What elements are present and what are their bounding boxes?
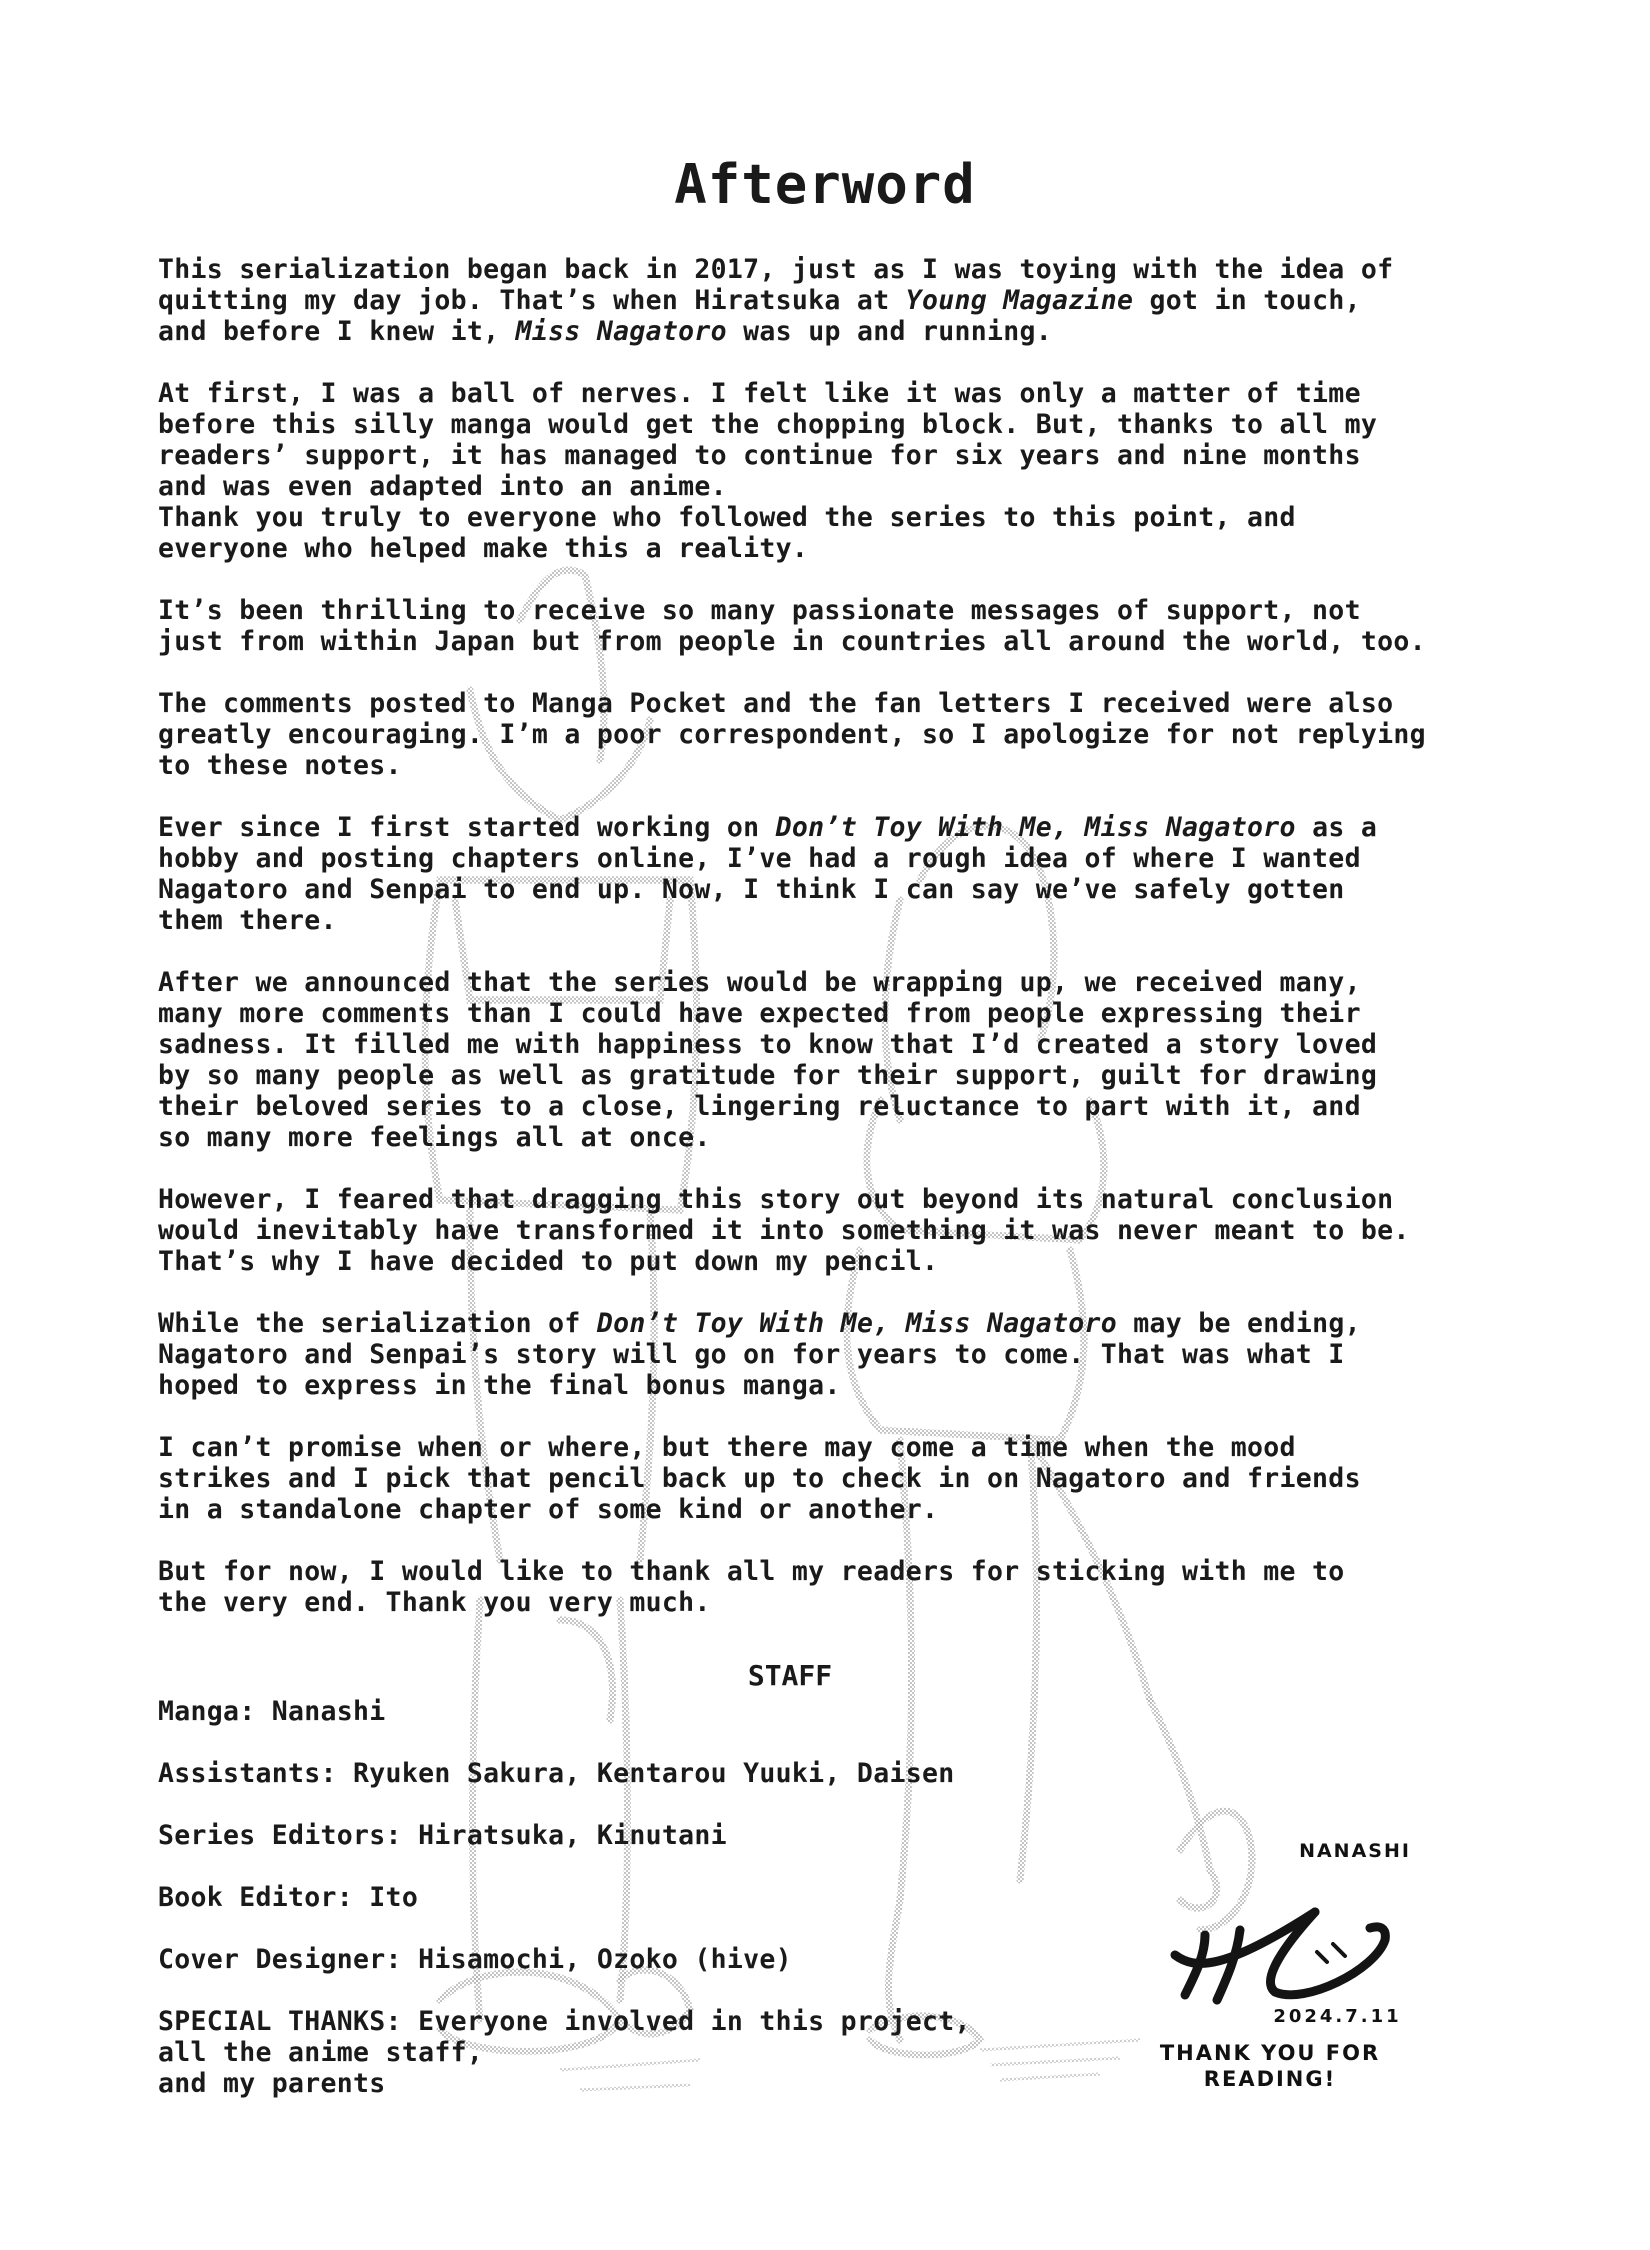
paragraph: After we announced that the series would… bbox=[158, 967, 1458, 1153]
staff-credit: Manga: Nanashi bbox=[158, 1696, 971, 1727]
text-run: got in touch, bbox=[1133, 285, 1361, 316]
text-run: After we announced that the series would… bbox=[158, 967, 1361, 998]
text-line: their beloved series to a close, lingeri… bbox=[158, 1091, 1458, 1122]
staff-credit-line: Book Editor: Ito bbox=[158, 1882, 971, 1913]
paragraph: The comments posted to Manga Pocket and … bbox=[158, 688, 1458, 781]
staff-credit-line: Cover Designer: Hisamochi, Ozoko (hive) bbox=[158, 1944, 971, 1975]
thank-you-line: READING! bbox=[1140, 2066, 1400, 2092]
text-line: so many more feelings all at once. bbox=[158, 1122, 1458, 1153]
text-run: The comments posted to Manga Pocket and … bbox=[158, 688, 1393, 719]
paragraph: While the serialization of Don’t Toy Wit… bbox=[158, 1308, 1458, 1401]
staff-credit-line: Manga: Nanashi bbox=[158, 1696, 971, 1727]
text-run: the very end. Thank you very much. bbox=[158, 1587, 711, 1618]
text-line: before this silly manga would get the ch… bbox=[158, 409, 1458, 440]
text-line: readers’ support, it has managed to cont… bbox=[158, 440, 1458, 471]
text-line: the very end. Thank you very much. bbox=[158, 1587, 1458, 1618]
text-line: Nagatoro and Senpai’s story will go on f… bbox=[158, 1339, 1458, 1370]
text-line: After we announced that the series would… bbox=[158, 967, 1458, 998]
staff-credit-line: Assistants: Ryuken Sakura, Kentarou Yuuk… bbox=[158, 1758, 971, 1789]
paragraph: However, I feared that dragging this sto… bbox=[158, 1184, 1458, 1277]
text-line: them there. bbox=[158, 905, 1458, 936]
text-run: readers’ support, it has managed to cont… bbox=[158, 440, 1361, 471]
text-run: But for now, I would like to thank all m… bbox=[158, 1556, 1345, 1587]
text-run: them there. bbox=[158, 905, 337, 936]
text-run: Nagatoro and Senpai to end up. Now, I th… bbox=[158, 874, 1345, 905]
text-line: However, I feared that dragging this sto… bbox=[158, 1184, 1458, 1215]
staff-credit-line: SPECIAL THANKS: Everyone involved in thi… bbox=[158, 2006, 971, 2037]
text-run: Ever since I first started working on bbox=[158, 812, 776, 843]
staff-credit-line: and my parents bbox=[158, 2068, 971, 2099]
text-run: I can’t promise when or where, but there… bbox=[158, 1432, 1296, 1463]
text-run: to these notes. bbox=[158, 750, 402, 781]
staff-credit: Assistants: Ryuken Sakura, Kentarou Yuuk… bbox=[158, 1758, 971, 1789]
text-run: so many more feelings all at once. bbox=[158, 1122, 711, 1153]
text-run: While the serialization of bbox=[158, 1308, 597, 1339]
text-line: strikes and I pick that pencil back up t… bbox=[158, 1463, 1458, 1494]
text-line: would inevitably have transformed it int… bbox=[158, 1215, 1458, 1246]
text-run: may be ending, bbox=[1117, 1308, 1361, 1339]
afterword-page: Afterword This serialization began back … bbox=[0, 0, 1650, 2250]
text-line: hoped to express in the final bonus mang… bbox=[158, 1370, 1458, 1401]
text-line: I can’t promise when or where, but there… bbox=[158, 1432, 1458, 1463]
italic-title: Young Magazine bbox=[906, 285, 1134, 316]
text-line: The comments posted to Manga Pocket and … bbox=[158, 688, 1458, 719]
italic-title: Don’t Toy With Me, Miss Nagatoro bbox=[776, 812, 1296, 843]
signature-date: 2024.7.11 bbox=[1265, 2006, 1410, 2027]
paragraph: At first, I was a ball of nerves. I felt… bbox=[158, 378, 1458, 564]
text-line: But for now, I would like to thank all m… bbox=[158, 1556, 1458, 1587]
text-run: just from within Japan but from people i… bbox=[158, 626, 1426, 657]
text-run: At first, I was a ball of nerves. I felt… bbox=[158, 378, 1361, 409]
staff-credits: Manga: NanashiAssistants: Ryuken Sakura,… bbox=[158, 1696, 971, 2130]
paragraph: This serialization began back in 2017, j… bbox=[158, 254, 1458, 347]
text-line: Ever since I first started working on Do… bbox=[158, 812, 1458, 843]
italic-title: Don’t Toy With Me, Miss Nagatoro bbox=[597, 1308, 1117, 1339]
staff-credit: SPECIAL THANKS: Everyone involved in thi… bbox=[158, 2006, 971, 2099]
paragraph: But for now, I would like to thank all m… bbox=[158, 1556, 1458, 1618]
text-line: in a standalone chapter of some kind or … bbox=[158, 1494, 1458, 1525]
text-line: just from within Japan but from people i… bbox=[158, 626, 1458, 657]
text-line: sadness. It filled me with happiness to … bbox=[158, 1029, 1458, 1060]
text-run: would inevitably have transformed it int… bbox=[158, 1215, 1410, 1246]
text-line: At first, I was a ball of nerves. I felt… bbox=[158, 378, 1458, 409]
text-run: their beloved series to a close, lingeri… bbox=[158, 1091, 1361, 1122]
italic-title: Miss Nagatoro bbox=[516, 316, 727, 347]
text-line: and was even adapted into an anime. bbox=[158, 471, 1458, 502]
text-run: It’s been thrilling to receive so many p… bbox=[158, 595, 1361, 626]
text-run: quitting my day job. That’s when Hiratsu… bbox=[158, 285, 906, 316]
text-line: everyone who helped make this a reality. bbox=[158, 533, 1458, 564]
thank-you-line: THANK YOU FOR bbox=[1140, 2040, 1400, 2066]
signature-icon bbox=[1165, 1900, 1405, 2010]
text-line: It’s been thrilling to receive so many p… bbox=[158, 595, 1458, 626]
text-run: hoped to express in the final bonus mang… bbox=[158, 1370, 841, 1401]
text-line: While the serialization of Don’t Toy Wit… bbox=[158, 1308, 1458, 1339]
text-line: greatly encouraging. I’m a poor correspo… bbox=[158, 719, 1458, 750]
text-run: This serialization began back in 2017, j… bbox=[158, 254, 1393, 285]
text-run: strikes and I pick that pencil back up t… bbox=[158, 1463, 1361, 1494]
text-line: and before I knew it, Miss Nagatoro was … bbox=[158, 316, 1458, 347]
thank-you-note: THANK YOU FORREADING! bbox=[1140, 2040, 1400, 2092]
text-run: Nagatoro and Senpai’s story will go on f… bbox=[158, 1339, 1345, 1370]
staff-credit: Book Editor: Ito bbox=[158, 1882, 971, 1913]
text-run: hobby and posting chapters online, I’ve … bbox=[158, 843, 1361, 874]
text-line: This serialization began back in 2017, j… bbox=[158, 254, 1458, 285]
staff-credit-line: Series Editors: Hiratsuka, Kinutani bbox=[158, 1820, 971, 1851]
text-run: However, I feared that dragging this sto… bbox=[158, 1184, 1393, 1215]
text-run: sadness. It filled me with happiness to … bbox=[158, 1029, 1377, 1060]
staff-credit-line: all the anime staff, bbox=[158, 2037, 971, 2068]
staff-credit: Series Editors: Hiratsuka, Kinutani bbox=[158, 1820, 971, 1851]
staff-credit: Cover Designer: Hisamochi, Ozoko (hive) bbox=[158, 1944, 971, 1975]
text-run: by so many people as well as gratitude f… bbox=[158, 1060, 1377, 1091]
text-run: That’s why I have decided to put down my… bbox=[158, 1246, 938, 1277]
text-run: before this silly manga would get the ch… bbox=[158, 409, 1377, 440]
text-run: was up and running. bbox=[727, 316, 1052, 347]
text-line: many more comments than I could have exp… bbox=[158, 998, 1458, 1029]
text-line: quitting my day job. That’s when Hiratsu… bbox=[158, 285, 1458, 316]
page-title: Afterword bbox=[0, 150, 1650, 220]
text-run: everyone who helped make this a reality. bbox=[158, 533, 808, 564]
text-line: Thank you truly to everyone who followed… bbox=[158, 502, 1458, 533]
text-line: by so many people as well as gratitude f… bbox=[158, 1060, 1458, 1091]
afterword-body: This serialization began back in 2017, j… bbox=[158, 254, 1458, 1649]
text-line: to these notes. bbox=[158, 750, 1458, 781]
text-run: greatly encouraging. I’m a poor correspo… bbox=[158, 719, 1426, 750]
paragraph: I can’t promise when or where, but there… bbox=[158, 1432, 1458, 1525]
staff-heading: STAFF bbox=[0, 1656, 1580, 1696]
text-run: as a bbox=[1296, 812, 1377, 843]
text-line: That’s why I have decided to put down my… bbox=[158, 1246, 1458, 1277]
text-run: in a standalone chapter of some kind or … bbox=[158, 1494, 938, 1525]
text-run: and was even adapted into an anime. bbox=[158, 471, 727, 502]
text-run: Thank you truly to everyone who followed… bbox=[158, 502, 1296, 533]
text-run: many more comments than I could have exp… bbox=[158, 998, 1361, 1029]
text-line: Nagatoro and Senpai to end up. Now, I th… bbox=[158, 874, 1458, 905]
paragraph: Ever since I first started working on Do… bbox=[158, 812, 1458, 936]
text-run: and before I knew it, bbox=[158, 316, 516, 347]
author-name: NANASHI bbox=[1280, 1840, 1430, 1862]
paragraph: It’s been thrilling to receive so many p… bbox=[158, 595, 1458, 657]
text-line: hobby and posting chapters online, I’ve … bbox=[158, 843, 1458, 874]
